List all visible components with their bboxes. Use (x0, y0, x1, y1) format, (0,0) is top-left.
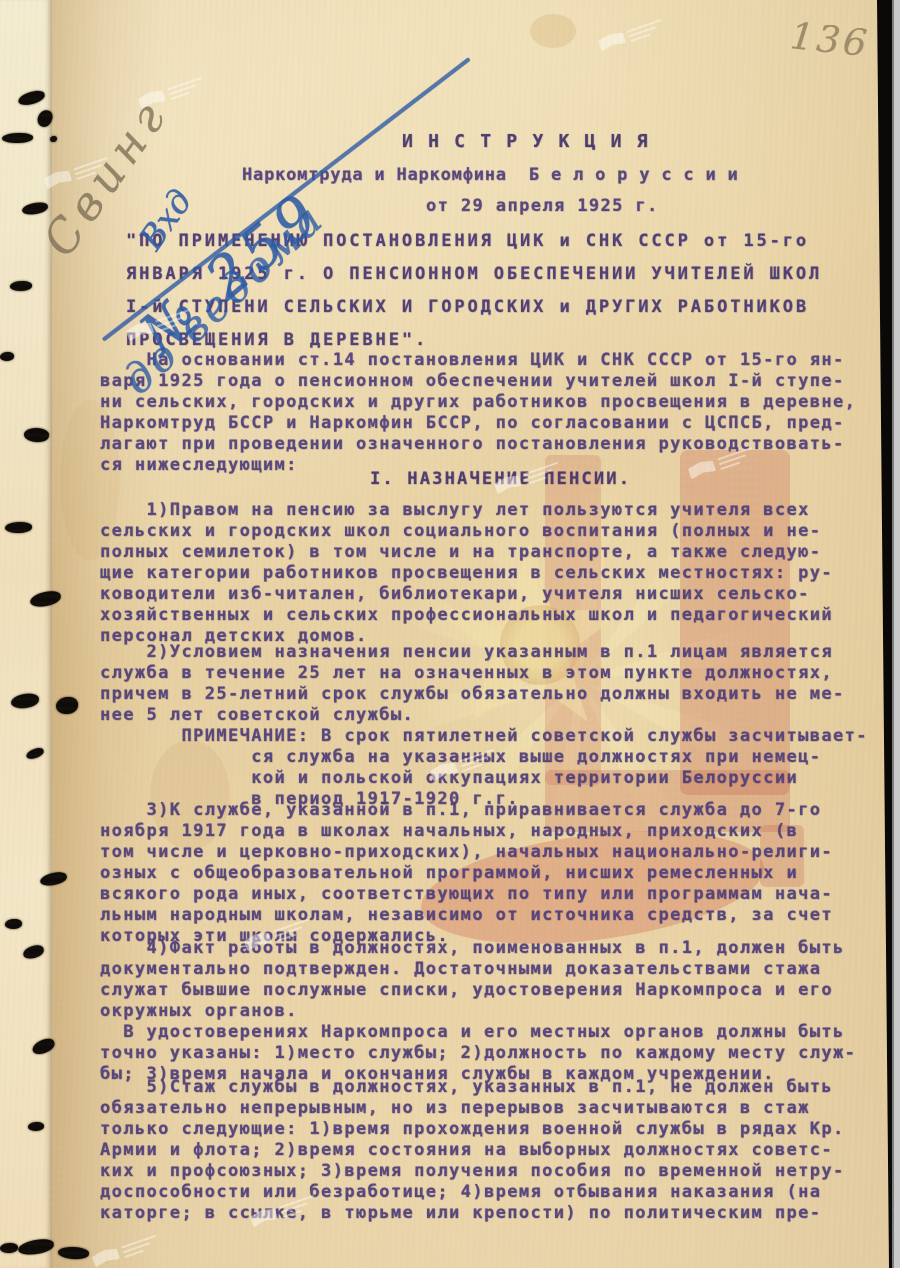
paper-stain (530, 14, 576, 48)
archive-watermark-icon (596, 11, 671, 58)
paragraph-1: 1)Правом на пенсию за выслугу лет пользу… (100, 500, 833, 647)
ink-blot (28, 1122, 44, 1131)
scanner-edge (892, 0, 900, 1268)
ink-blot (56, 697, 78, 714)
paragraph-4: 4)Факт работы в должностях, поименованны… (100, 938, 856, 1085)
ink-blot (5, 522, 32, 533)
document-scan: И Н С Т Р У К Ц И Я Наркомтруда и Нарком… (0, 0, 900, 1268)
document-page: И Н С Т Р У К Ц И Я Наркомтруда и Нарком… (0, 0, 900, 1268)
title-date: от 29 апреля 1925 г. (426, 196, 659, 217)
ink-blot (50, 136, 57, 142)
section-heading: I. НАЗНАЧЕНИЕ ПЕНСИИ. (370, 469, 631, 490)
binding-edge (0, 0, 52, 1268)
paragraph-5: 5)Стаж службы в должностях, указанных в … (100, 1077, 845, 1224)
ink-blot (5, 919, 22, 929)
ink-blot (0, 1243, 18, 1253)
ink-blot (2, 133, 33, 143)
intro-paragraph: На основании ст.14 постановления ЦИК и С… (100, 350, 856, 476)
ink-blot (0, 352, 14, 361)
paragraph-2: 2)Условием назначения пенсии указанным в… (100, 642, 868, 810)
page-number: 136 (788, 14, 872, 65)
ink-blot (10, 281, 32, 291)
paragraph-3: 3)К службе, указанной в п.1, приравнивае… (100, 800, 833, 947)
title-heading: И Н С Т Р У К Ц И Я (402, 131, 650, 152)
